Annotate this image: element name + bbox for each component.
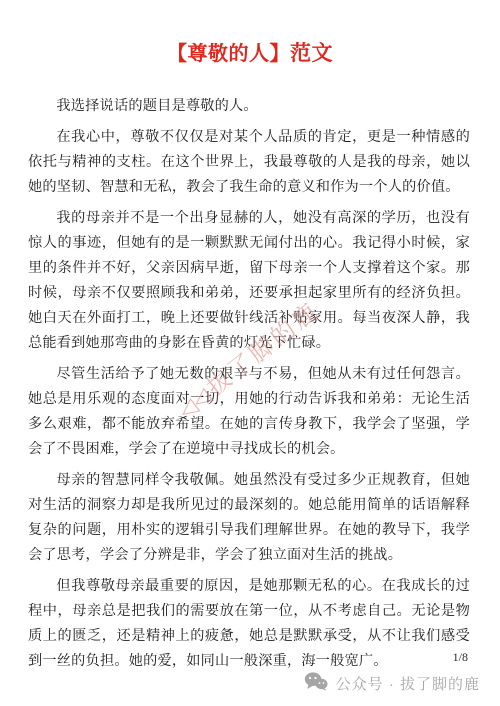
title-bracket-text: 【尊敬的人】 [167, 43, 290, 65]
essay-paragraph: 但我尊敬母亲最重要的原因，是她那颗无私的心。在我成长的过程中，母亲总是把我们的需… [28, 574, 470, 674]
page-number: 1/8 [453, 650, 468, 665]
footer-brand: 公众号 · 拔了脚的鹿 [304, 672, 480, 695]
page-title: 【尊敬的人】范文 [0, 0, 500, 66]
document-page: 【尊敬的人】范文 我选择说话的题目是尊敬的人。 在我心中，尊敬不仅仅是对某个人品… [0, 0, 500, 706]
essay-body: 我选择说话的题目是尊敬的人。 在我心中，尊敬不仅仅是对某个人品质的肯定，更是一种… [28, 94, 470, 674]
wechat-icon [304, 672, 328, 695]
title-suffix-text: 范文 [290, 42, 333, 65]
essay-paragraph: 我选择说话的题目是尊敬的人。 [28, 94, 470, 119]
essay-paragraph: 我的母亲并不是一个出身显赫的人，她没有高深的学历，也没有惊人的事迹，但她有的是一… [28, 206, 470, 356]
essay-paragraph: 在我心中，尊敬不仅仅是对某个人品质的肯定，更是一种情感的依托与精神的支柱。在这个… [28, 125, 470, 200]
essay-paragraph: 母亲的智慧同样令我敬佩。她虽然没有受过多少正规教育，但她对生活的洞察力却是我所见… [28, 468, 470, 568]
footer-brand-text: 公众号 · 拔了脚的鹿 [336, 673, 480, 694]
essay-paragraph: 尽管生活给予了她无数的艰辛与不易，但她从未有过任何怨言。她总是用乐观的态度面对一… [28, 362, 470, 462]
